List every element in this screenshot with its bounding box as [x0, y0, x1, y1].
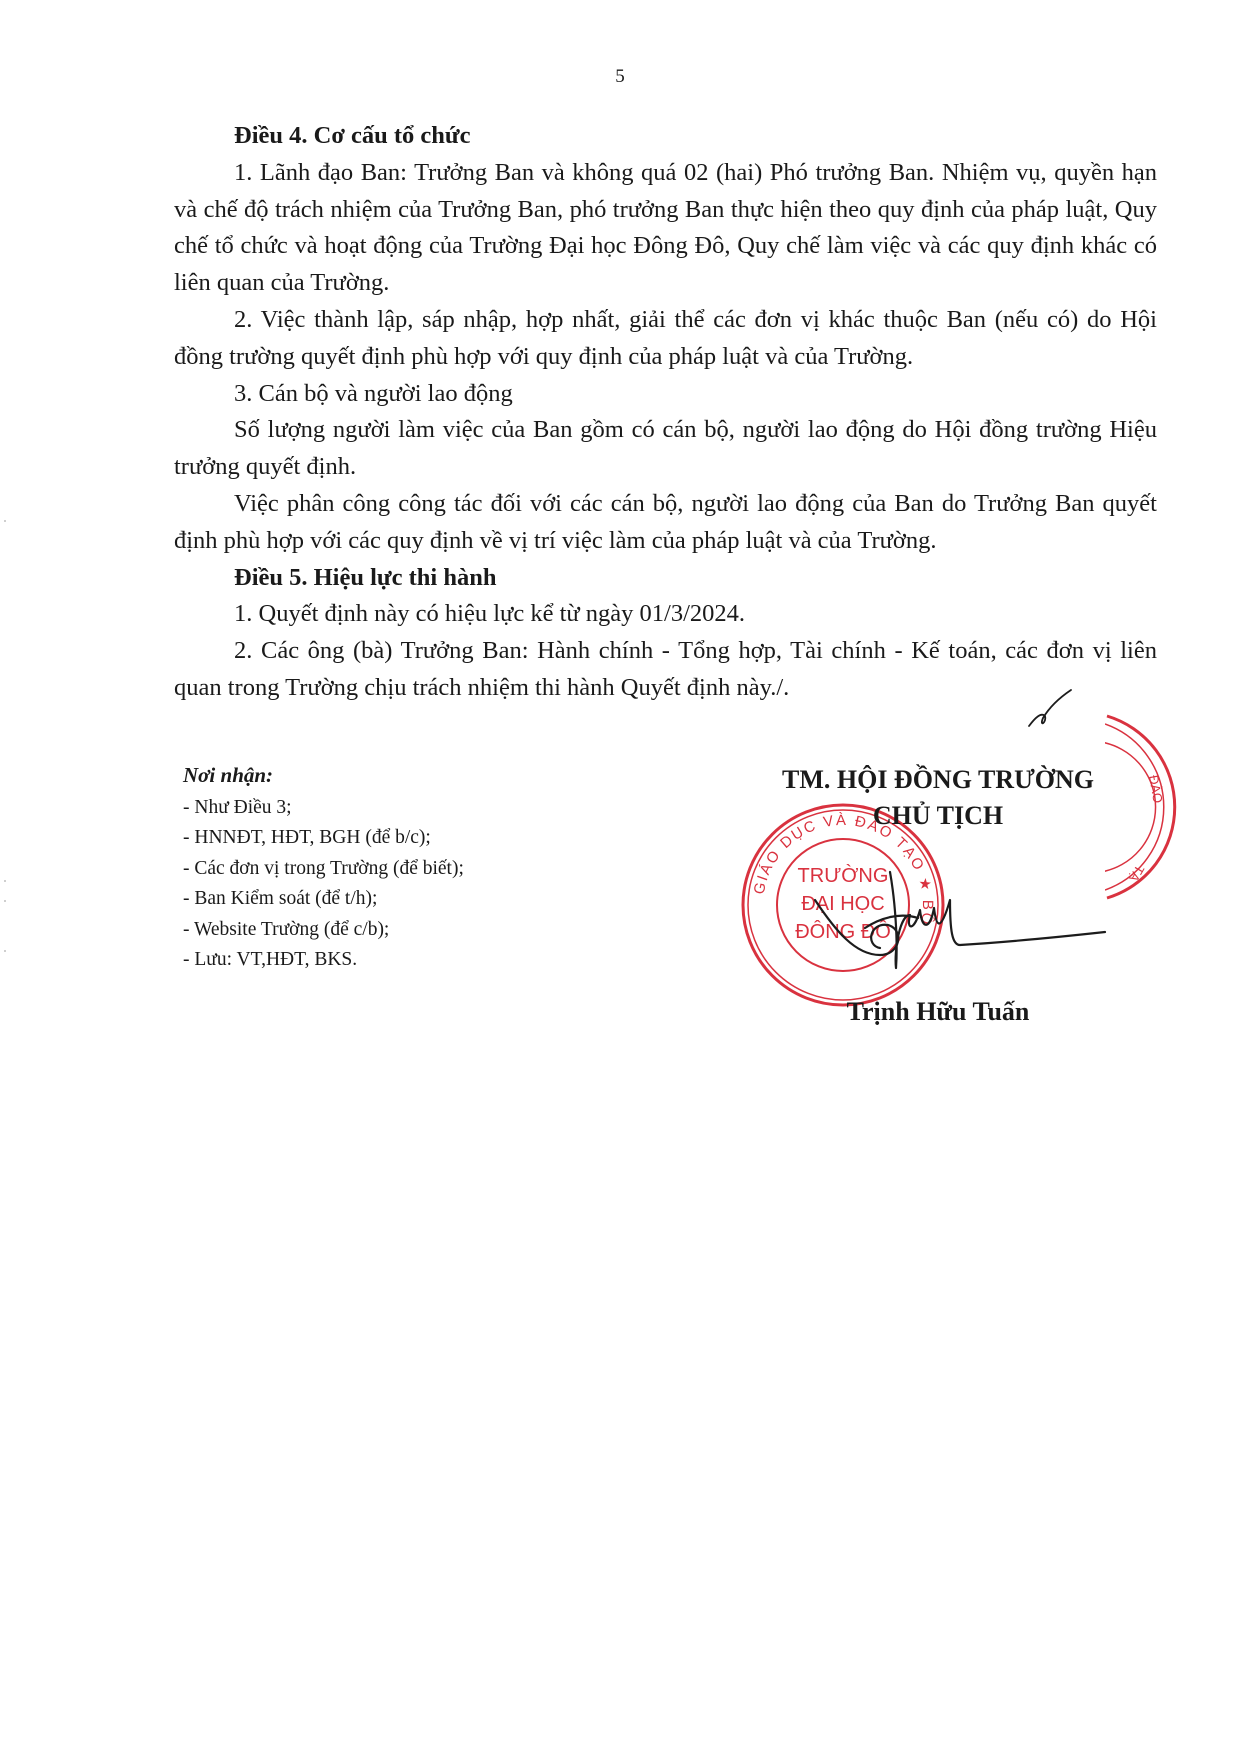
page-number: 5 [0, 66, 1240, 88]
article-4-clause-2: 2. Việc thành lập, sáp nhập, hợp nhất, g… [174, 302, 1157, 376]
article-4-staff-count: Số lượng người làm việc của Ban gồm có c… [174, 412, 1157, 486]
initial-mark [1025, 688, 1075, 733]
signature-block: TM. HỘI ĐỒNG TRƯỜNG CHỦ TỊCH Trịnh Hữu T… [748, 762, 1128, 834]
article-5-clause-2: 2. Các ông (bà) Trưởng Ban: Hành chính -… [174, 633, 1157, 707]
recipient-item: - Lưu: VT,HĐT, BKS. [183, 945, 464, 976]
signer-title: CHỦ TỊCH [748, 798, 1128, 834]
document-body: Điều 4. Cơ cấu tổ chức 1. Lãnh đạo Ban: … [174, 118, 1157, 707]
article-5-heading: Điều 5. Hiệu lực thi hành [174, 560, 1157, 597]
recipient-item: - Ban Kiểm soát (để t/h); [183, 884, 464, 915]
recipients-block: Nơi nhận: - Như Điều 3; - HNNĐT, HĐT, BG… [183, 760, 464, 976]
svg-text:TẠ: TẠ [1126, 863, 1147, 885]
svg-text:ĐÀO: ĐÀO [1146, 774, 1166, 804]
article-4-assignment: Việc phân công công tác đối với các cán … [174, 486, 1157, 560]
signer-organization: TM. HỘI ĐỒNG TRƯỜNG [748, 762, 1128, 798]
article-5-clause-1: 1. Quyết định này có hiệu lực kể từ ngày… [174, 596, 1157, 633]
article-4-clause-1: 1. Lãnh đạo Ban: Trưởng Ban và không quá… [174, 155, 1157, 302]
recipient-item: - Các đơn vị trong Trường (để biết); [183, 854, 464, 885]
scan-artifact [4, 900, 6, 902]
scan-artifact [4, 880, 6, 882]
article-4-heading: Điều 4. Cơ cấu tổ chức [174, 118, 1157, 155]
recipient-item: - HNNĐT, HĐT, BGH (để b/c); [183, 823, 464, 854]
scan-artifact [4, 950, 6, 952]
recipient-item: - Như Điều 3; [183, 793, 464, 824]
scan-artifact [4, 520, 6, 522]
recipient-item: - Website Trường (để c/b); [183, 915, 464, 946]
article-4-clause-3: 3. Cán bộ và người lao động [174, 376, 1157, 413]
handwritten-signature [810, 860, 1110, 980]
recipients-title: Nơi nhận: [183, 760, 464, 791]
signer-name: Trịnh Hữu Tuấn [748, 997, 1128, 1027]
